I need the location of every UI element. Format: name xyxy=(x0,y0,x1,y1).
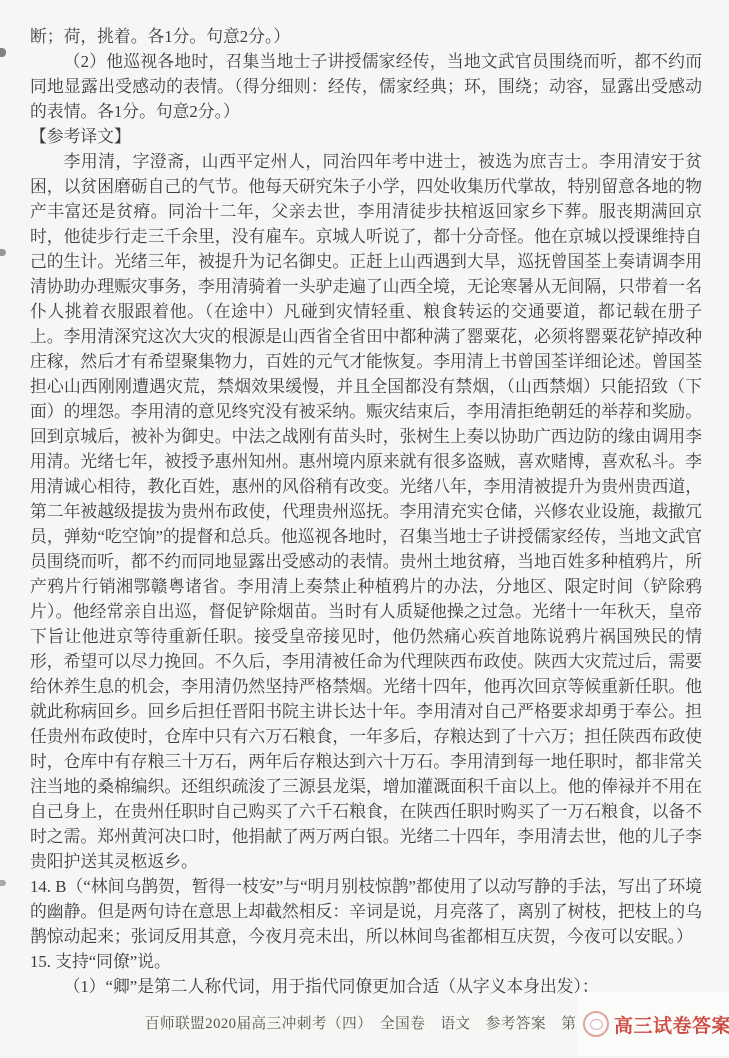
answer-14: 14. B（“林间乌鹊贺，暂得一枝安”与“明月别枝惊鹊”都使用了以动写静的手法，… xyxy=(30,874,702,949)
reference-translation-heading: 【参考译文】 xyxy=(30,124,702,149)
answer-sheet-content: 断；荷，挑着。各1分。句意2分。） （2）他巡视各地时，召集当地士子讲授儒家经传… xyxy=(30,24,702,999)
answer-13-item-2: （2）他巡视各地时，召集当地士子讲授儒家经传，当地文武官员围绕而听，都不约而同地… xyxy=(30,49,702,124)
scan-artifact xyxy=(0,249,6,256)
watermark-stamp: 高三试卷答案 xyxy=(577,992,729,1056)
answer-13-translation-tail: 断；荷，挑着。各1分。句意2分。） xyxy=(30,24,702,49)
answer-15: 15. 支持“同僚”说。 xyxy=(30,949,702,974)
scan-artifact xyxy=(0,880,6,886)
watermark-label: 高三试卷答案 xyxy=(614,1011,729,1038)
watermark-logo-icon xyxy=(583,1011,609,1037)
document-page: 断；荷，挑着。各1分。句意2分。） （2）他巡视各地时，召集当地士子讲授儒家经传… xyxy=(0,0,729,1058)
reference-translation-body: 李用清，字澄斋，山西平定州人，同治四年考中进士，被选为庶吉士。李用清安于贫困，以… xyxy=(30,149,702,874)
scan-artifact xyxy=(0,48,6,57)
